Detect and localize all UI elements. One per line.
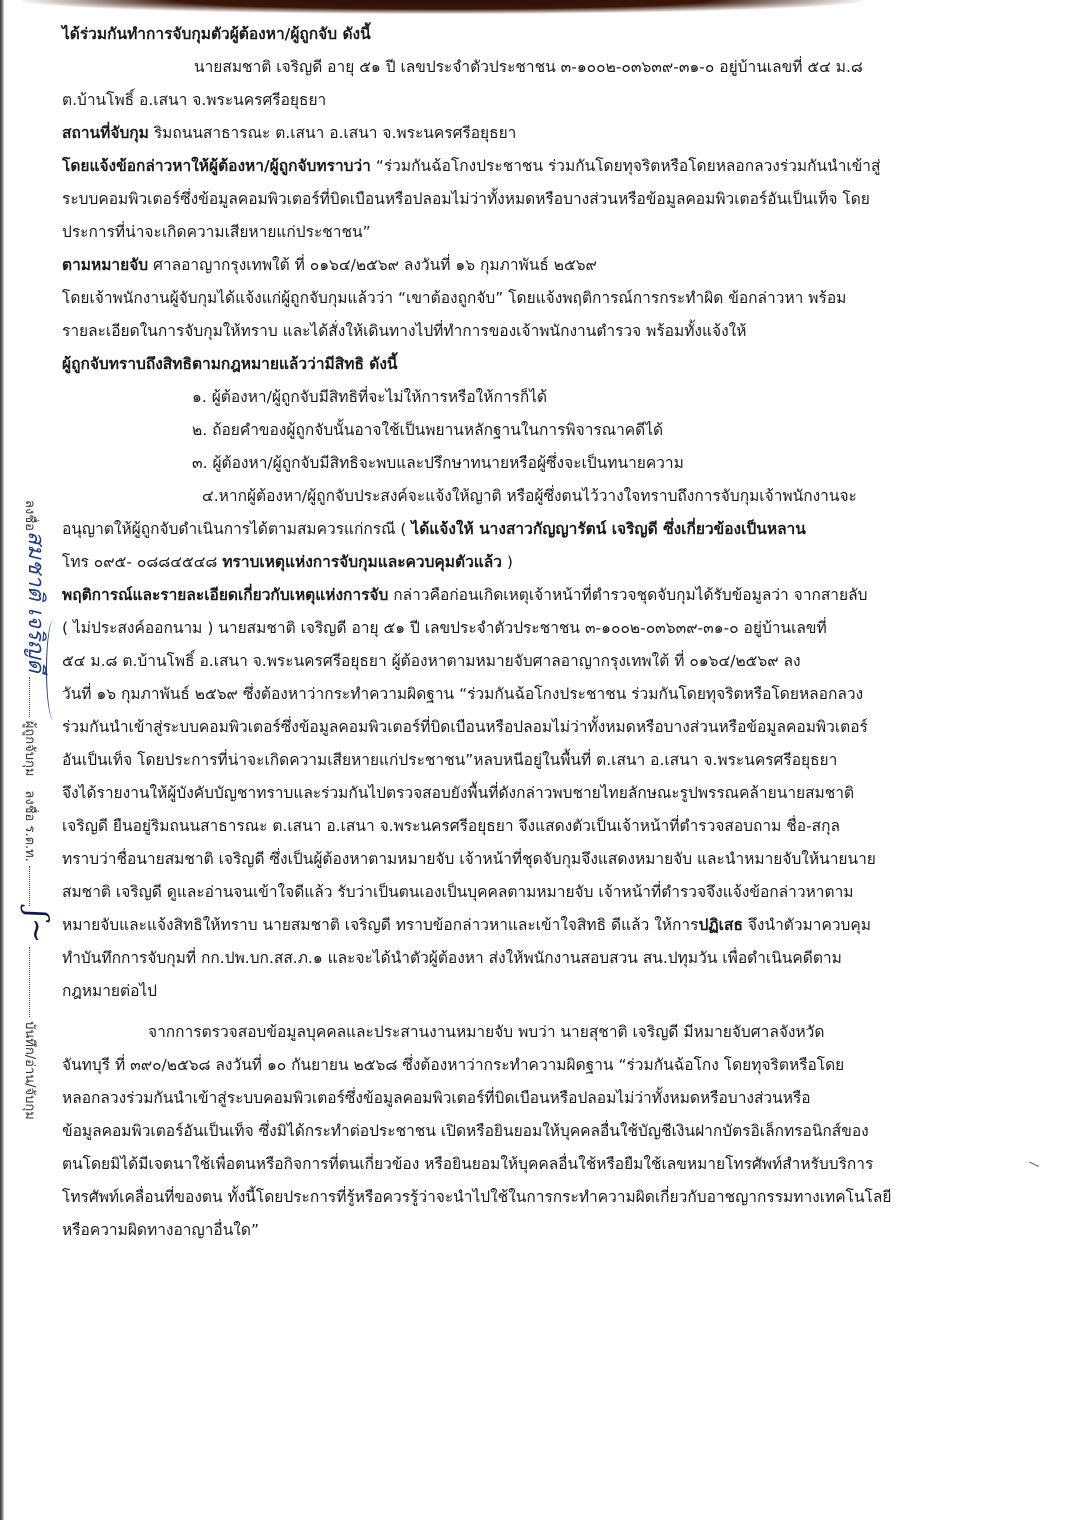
plea-denied: ปฏิเสธ [698,916,742,934]
circumstances-line: ทราบว่าชื่อนายสมชาติ เจริญดี ซึ่งเป็นผู้… [62,843,1022,876]
circumstances-line: วันที่ ๑๖ กุมภาพันธ์ ๒๕๖๙ ซึ่งต้องหาว่าก… [62,678,1022,711]
stray-mark [1029,1158,1040,1167]
suspect-line: นายสมชาติ เจริญดี อายุ ๕๑ ปี เลขประจำตัว… [62,51,1022,84]
circumstances-line: อันเป็นเท็จ โดยประการที่น่าจะเกิดความเสี… [62,744,1022,777]
signature-officer: ʃ~ [19,910,54,943]
arrest-place-value: ริมถนนสาธารณะ ต.เสนา อ.เสนา จ.พระนครศรีอ… [149,124,517,142]
relative-phone-line: โทร ๐๙๕- ๐๘๘๔๕๔๘ ทราบเหตุแห่งการจับกุมแล… [62,546,1022,579]
circumstances-line: ( ไม่ประสงค์ออกนาม ) นายสมชาติ เจริญดี อ… [62,612,1022,645]
charge-line: ระบบคอมพิวเตอร์ซึ่งข้อมูลคอมพิวเตอร์ที่บ… [62,183,1022,216]
arrest-place: สถานที่จับกุม ริมถนนสาธารณะ ต.เสนา อ.เสน… [62,117,1022,150]
circumstances-line: เจริญดี ยืนอยู่ริมถนนสาธารณะ ต.เสนา อ.เส… [62,810,1022,843]
notice-line: โดยเจ้าพนักงานผู้จับกุมได้แจ้งแก่ผู้ถูกจ… [62,282,1022,315]
charge-label: โดยแจ้งข้อกล่าวหาให้ผู้ต้องหา/ผู้ถูกจับท… [62,157,371,175]
notice-line: รายละเอียดในการจับกุมให้ทราบ และได้สั่งใ… [62,315,1022,348]
sign-label-officer: ลงชื่อ ร.ต.ท. [20,790,41,861]
relative-acknowledged: ทราบเหตุแห่งการจับกุมและควบคุมตัวแล้ว [222,553,502,571]
scan-top-shadow [22,0,862,14]
right-item: ๔.หากผู้ต้องหา/ผู้ถูกจับประสงค์จะแจ้งให้… [62,480,1022,513]
dotted-line [30,947,32,1017]
second-warrant-line: จากการตรวจสอบข้อมูลบุคคลและประสานงานหมาย… [62,1016,1022,1049]
relative-notice-text: อนุญาตให้ผู้ถูกจับดำเนินการได้ตามสมควรแก… [62,520,411,538]
second-warrant-line: หรือความผิดทางอาญาอื่นใด” [62,1214,1022,1247]
circumstances-line: ทำบันทึกการจับกุมที่ กก.ปพ.บก.สส.ภ.๑ และ… [62,942,1022,975]
dotted-line [30,677,32,717]
warrant-value: ศาลอาญากรุงเทพใต้ ที่ ๐๑๖๔/๒๕๖๙ ลงวันที่… [148,256,597,274]
charge-line: ประการที่น่าจะเกิดความเสียหายแก่ประชาชน” [62,216,1022,249]
denial-line: หมายจับและแจ้งสิทธิให้ทราบ นายสมชาติ เจร… [62,909,1022,942]
scan-left-edge [0,0,4,1520]
right-item: ๒. ถ้อยคำของผู้ถูกจับนั้นอาจใช้เป็นพยานห… [62,414,1022,447]
circumstances-line: กฎหมายต่อไป [62,975,1022,1008]
charge-line: โดยแจ้งข้อกล่าวหาให้ผู้ต้องหา/ผู้ถูกจับท… [62,150,1022,183]
circumstances-line: พฤติการณ์และรายละเอียดเกี่ยวกับเหตุแห่งก… [62,579,1022,612]
warrant-line: ตามหมายจับ ศาลอาญากรุงเทพใต้ ที่ ๐๑๖๔/๒๕… [62,249,1022,282]
circumstances-text: กล่าวคือก่อนเกิดเหตุเจ้าหน้าที่ตำรวจชุดจ… [388,586,867,604]
arrest-place-label: สถานที่จับกุม [62,124,149,142]
denial-text-after: จึงนำตัวมาควบคุม [743,916,871,934]
second-warrant-line: โทรศัพท์เคลื่อนที่ของตน ทั้งนี้โดยประการ… [62,1181,1022,1214]
signature-arrestee: สมชาติ เจริญดี [19,531,54,673]
paren-close: ) [502,553,513,571]
circumstances-line: ๕๔ ม.๘ ต.บ้านโพธิ์ อ.เสนา จ.พระนครศรีอยุ… [62,645,1022,678]
relative-notified: ได้แจ้งให้ นางสาวกัญญารัตน์ เจริญดี ซึ่ง… [411,520,805,538]
circumstances-line: จึงได้รายงานให้ผู้บังคับบัญชาทราบและร่วม… [62,777,1022,810]
sign-label-arrestee: ลงชื่อ [20,500,41,531]
right-item: ๑. ผู้ต้องหา/ผู้ถูกจับมีสิทธิที่จะไม่ให้… [62,381,1022,414]
role-arrestee: ผู้ถูกจับกุม [20,721,41,777]
second-warrant-line: จันทบุรี ที่ ๓๙๐/๒๕๖๘ ลงวันที่ ๑๐ กันยาย… [62,1049,1022,1082]
circumstances-label: พฤติการณ์และรายละเอียดเกี่ยวกับเหตุแห่งก… [62,586,388,604]
charge-text: “ร่วมกันฉ้อโกงประชาชน ร่วมกันโดยทุจริตหร… [371,157,881,175]
second-warrant-line: ตนโดยมิได้มีเจตนาใช้เพื่อตนหรือกิจการที่… [62,1148,1022,1181]
circumstances-line: ร่วมกันนำเข้าสู่ระบบคอมพิวเตอร์ซึ่งข้อมู… [62,711,1022,744]
rights-heading: ผู้ถูกจับทราบถึงสิทธิตามกฎหมายแล้วว่ามีส… [62,348,1022,381]
arrest-record-page: ได้ร่วมกันทำการจับกุมตัวผู้ต้องหา/ผู้ถูก… [62,18,1022,1247]
suspect-address: ต.บ้านโพธิ์ อ.เสนา จ.พระนครศรีอยุธยา [62,84,1022,117]
second-warrant-line: ข้อมูลคอมพิวเตอร์อันเป็นเท็จ ซึ่งมิได้กร… [62,1115,1022,1148]
dotted-line [30,866,32,906]
right-item: ๓. ผู้ต้องหา/ผู้ถูกจับมีสิทธิจะพบและปรึก… [62,447,1022,480]
intro-heading: ได้ร่วมกันทำการจับกุมตัวผู้ต้องหา/ผู้ถูก… [62,18,1022,51]
role-officer: บันทึก/อ่าน/จับกุม [20,1021,41,1120]
circumstances-line: สมชาติ เจริญดี ดูและอ่านจนเข้าใจดีแล้ว ร… [62,876,1022,909]
denial-text: หมายจับและแจ้งสิทธิให้ทราบ นายสมชาติ เจร… [62,916,698,934]
margin-signatures: ลงชื่อ สมชาติ เจริญดี ผู้ถูกจับกุม ลงชื่… [22,500,52,1350]
second-warrant-line: หลอกลวงร่วมกันนำเข้าสู่ระบบคอมพิวเตอร์ซึ… [62,1082,1022,1115]
relative-phone: โทร ๐๙๕- ๐๘๘๔๕๔๘ [62,553,222,571]
warrant-label: ตามหมายจับ [62,256,148,274]
right-item-continued: อนุญาตให้ผู้ถูกจับดำเนินการได้ตามสมควรแก… [62,513,1022,546]
